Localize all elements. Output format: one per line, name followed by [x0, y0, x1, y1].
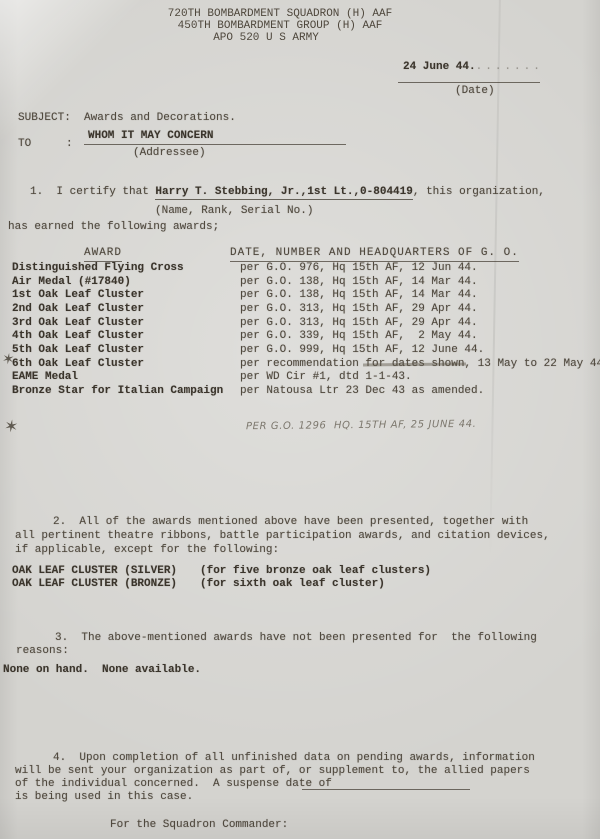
award-detail: per G.O. 339, Hq 15th AF, 2 May 44.	[240, 330, 478, 343]
detail-prefix: per recommendation	[240, 358, 365, 370]
certified-name: Harry T. Stebbing, Jr.,1st Lt.,0-804419	[155, 186, 412, 200]
exception-label: OAK LEAF CLUSTER (SILVER)	[12, 565, 177, 578]
addressee-caption: (Addressee)	[133, 147, 206, 160]
date-rule	[398, 82, 540, 83]
award-name: 3rd Oak Leaf Cluster	[12, 317, 144, 330]
addressee-rule	[84, 144, 346, 145]
award-detail: per Natousa Ltr 23 Dec 43 as amended.	[240, 385, 484, 398]
suspense-date-blank	[302, 789, 470, 790]
para1-line2: has earned the following awards;	[8, 221, 219, 234]
award-detail: per G.O. 138, Hq 15th AF, 14 Mar 44.	[240, 276, 478, 289]
subject-label: SUBJECT:	[18, 112, 71, 125]
para3-answer: None on hand. None available.	[3, 664, 201, 677]
award-name: Bronze Star for Italian Campaign	[12, 385, 223, 398]
para2-line1: 2. All of the awards mentioned above hav…	[53, 516, 528, 529]
award-name: 4th Oak Leaf Cluster	[12, 330, 144, 343]
award-detail: per G.O. 976, Hq 15th AF, 12 Jun 44.	[240, 262, 478, 275]
para3-line1: 3. The above-mentioned awards have not b…	[55, 632, 537, 645]
para1-tail: , this organization,	[413, 186, 545, 198]
to-colon: :	[66, 138, 73, 151]
award-detail: per WD Cir #1, dtd 1-1-43.	[240, 371, 412, 384]
award-detail: per G.O. 138, Hq 15th AF, 14 Mar 44.	[240, 289, 478, 302]
para4-line3: of the individual concerned. A suspense …	[15, 778, 332, 791]
para1-line1: 1. I certify that Harry T. Stebbing, Jr.…	[30, 186, 545, 199]
date-leader-dots: .......	[476, 61, 543, 73]
para2-line3: if applicable, except for the following:	[15, 544, 279, 557]
margin-asterisk-icon: ✶	[3, 416, 20, 438]
award-name: Distinguished Flying Cross	[12, 262, 184, 275]
date-line: 24 June 44........	[403, 61, 543, 74]
to-label: TO	[18, 138, 31, 151]
para4-line1: 4. Upon completion of all unfinished dat…	[53, 752, 535, 765]
letterhead: 720TH BOMBARDMENT SQUADRON (H) AAF 450TH…	[0, 8, 560, 44]
unit-line-2: 450TH BOMBARDMENT GROUP (H) AAF	[0, 20, 560, 32]
detail-column-header: DATE, NUMBER AND HEADQUARTERS OF G. O.	[230, 247, 519, 262]
award-name: 2nd Oak Leaf Cluster	[12, 303, 144, 316]
para4-line2: will be sent your organization as part o…	[15, 765, 530, 778]
award-name: Air Medal (#17840)	[12, 276, 131, 289]
award-detail: per G.O. 313, Hq 15th AF, 29 Apr 44.	[240, 303, 478, 316]
exception-label: OAK LEAF CLUSTER (BRONZE)	[12, 578, 177, 591]
award-name: EAME Medal	[12, 371, 78, 384]
scanned-memo-page: 720TH BOMBARDMENT SQUADRON (H) AAF 450TH…	[0, 0, 600, 839]
para1-lead: 1. I certify that	[30, 186, 155, 198]
detail-suffix: , 13 May to 22 May 44	[464, 358, 600, 370]
award-name: 5th Oak Leaf Cluster	[12, 344, 144, 357]
award-name: 1st Oak Leaf Cluster	[12, 289, 144, 302]
unit-line-3: APO 520 U S ARMY	[0, 32, 546, 44]
unit-line-1: 720TH BOMBARDMENT SQUADRON (H) AAF	[0, 8, 560, 20]
award-detail: per G.O. 313, Hq 15th AF, 29 Apr 44.	[240, 317, 478, 330]
award-column-header: AWARD	[84, 247, 122, 262]
date-value: 24 June 44.	[403, 61, 476, 73]
award-detail: per recommendation for dates shown, 13 M…	[240, 358, 600, 371]
detail-struck-text: for dates shown	[365, 358, 464, 370]
award-detail: per G.O. 999, Hq 15th AF, 12 June 44.	[240, 344, 484, 357]
exception-note: (for sixth oak leaf cluster)	[200, 578, 385, 591]
para4-line4: is being used in this case.	[15, 791, 193, 804]
exception-note: (for five bronze oak leaf clusters)	[200, 565, 431, 578]
para3-line2: reasons:	[16, 645, 69, 658]
handwritten-note: PER G.O. 1296 HQ. 15TH AF, 25 JUNE 44.	[246, 419, 477, 432]
award-name: 6th Oak Leaf Cluster	[12, 358, 144, 371]
name-caption: (Name, Rank, Serial No.)	[155, 205, 313, 218]
para2-line2: all pertinent theatre ribbons, battle pa…	[15, 530, 550, 543]
closing-line: For the Squadron Commander:	[110, 819, 288, 832]
date-caption: (Date)	[455, 85, 495, 98]
subject-value: Awards and Decorations.	[84, 112, 236, 125]
addressee-value: WHOM IT MAY CONCERN	[88, 130, 213, 143]
